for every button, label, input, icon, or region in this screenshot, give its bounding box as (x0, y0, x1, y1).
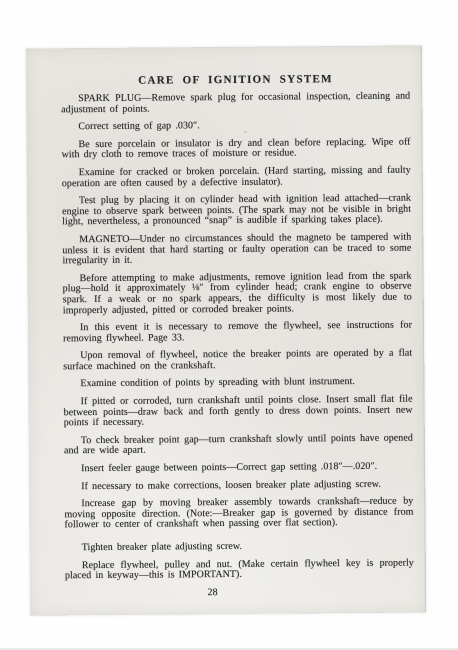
paragraph-feeler-gauge: Insert feeler gauge between points—Corre… (64, 462, 413, 475)
paragraph-points-inspection: Examine condition of points by spreading… (63, 377, 412, 390)
paragraph-porcelain-care: Be sure porcelain or insulator is dry an… (61, 137, 410, 161)
paragraph-gap-setting: Correct setting of gap .030″. (61, 120, 410, 133)
paragraph-spark-plug: SPARK PLUG—Remove spark plug for occasio… (61, 92, 410, 116)
paragraph-spark-test: Test plug by placing it on cylinder head… (62, 194, 411, 229)
document-title: CARE OF IGNITION SYSTEM (61, 73, 410, 88)
paragraph-tighten-screw: Tighten breaker plate adjusting screw. (65, 541, 414, 554)
page-content: CARE OF IGNITION SYSTEM SPARK PLUG—Remov… (61, 73, 414, 600)
paragraph-gap-adjustment: Increase gap by moving breaker assembly … (64, 497, 413, 532)
paragraph-breaker-points-location: Upon removal of flywheel, notice the bre… (63, 349, 412, 373)
paragraph-gap-check: To check breaker point gap—turn cranksha… (64, 433, 413, 457)
paragraph-reassembly: Replace flywheel, pulley and nut. (Make … (65, 558, 414, 582)
paragraph-magneto: MAGNETO—Under no circumstances should th… (62, 232, 411, 267)
document-page: CARE OF IGNITION SYSTEM SPARK PLUG—Remov… (26, 45, 426, 615)
paragraph-points-dressing: If pitted or corroded, turn crankshaft u… (64, 395, 413, 430)
page-number: 28 (38, 587, 387, 600)
paragraph-flywheel-removal-ref: In this event it is necessary to remove … (63, 321, 412, 345)
scan-background: CARE OF IGNITION SYSTEM SPARK PLUG—Remov… (0, 0, 458, 650)
paragraph-porcelain-inspection: Examine for cracked or broken porcelain.… (62, 166, 411, 190)
paragraph-adjustment-prep: Before attempting to make adjustments, r… (63, 271, 412, 316)
paragraph-loosen-screw: If necessary to make corrections, loosen… (64, 479, 413, 492)
